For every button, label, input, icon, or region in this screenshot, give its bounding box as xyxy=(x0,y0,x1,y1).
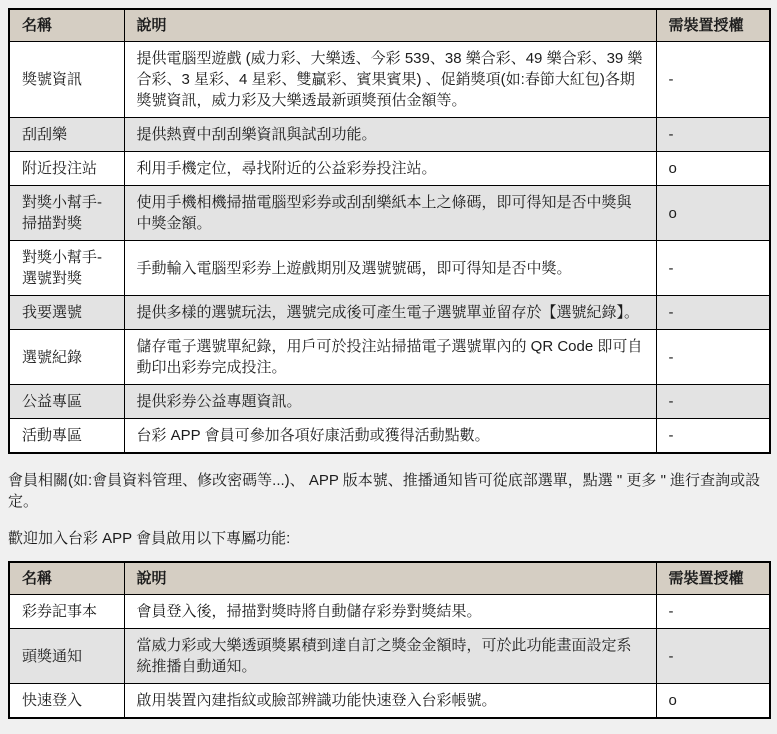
table-row: 頭獎通知 當威力彩或大樂透頭獎累積到達自訂之獎金金額時，可於此功能畫面設定系統推… xyxy=(9,629,770,684)
authorization-cell: - xyxy=(656,595,770,629)
authorization-cell: o xyxy=(656,684,770,719)
table-row: 快速登入 啟用裝置內建指紋或臉部辨識功能快速登入台彩帳號。 o xyxy=(9,684,770,719)
feature-name-cell: 對獎小幫手-選號對獎 xyxy=(9,241,124,296)
welcome-paragraph: 歡迎加入台彩 APP 會員啟用以下專屬功能: xyxy=(8,528,769,549)
column-header-description: 說明 xyxy=(124,9,656,42)
table-header-row: 名稱 說明 需裝置授權 xyxy=(9,9,770,42)
table-row: 活動專區 台彩 APP 會員可參加各項好康活動或獲得活動點數。 - xyxy=(9,419,770,454)
feature-description-cell: 提供電腦型遊戲 (威力彩、大樂透、今彩 539、38 樂合彩、49 樂合彩、39… xyxy=(124,42,656,118)
authorization-cell: o xyxy=(656,152,770,186)
member-info-paragraph: 會員相關(如:會員資料管理、修改密碼等...)、 APP 版本號、推播通知皆可從… xyxy=(8,470,769,512)
authorization-cell: - xyxy=(656,419,770,454)
authorization-cell: - xyxy=(656,42,770,118)
feature-description-cell: 提供熱賣中刮刮樂資訊與試刮功能。 xyxy=(124,118,656,152)
feature-description-cell: 利用手機定位，尋找附近的公益彩券投注站。 xyxy=(124,152,656,186)
feature-name-cell: 彩券記事本 xyxy=(9,595,124,629)
table-row: 刮刮樂 提供熱賣中刮刮樂資訊與試刮功能。 - xyxy=(9,118,770,152)
feature-name-cell: 公益專區 xyxy=(9,385,124,419)
feature-name-cell: 快速登入 xyxy=(9,684,124,719)
feature-description-cell: 使用手機相機掃描電腦型彩券或刮刮樂紙本上之條碼，即可得知是否中獎與中獎金額。 xyxy=(124,186,656,241)
column-header-name: 名稱 xyxy=(9,562,124,595)
feature-name-cell: 附近投注站 xyxy=(9,152,124,186)
authorization-cell: - xyxy=(656,330,770,385)
feature-description-cell: 當威力彩或大樂透頭獎累積到達自訂之獎金金額時，可於此功能畫面設定系統推播自動通知… xyxy=(124,629,656,684)
column-header-authorization: 需裝置授權 xyxy=(656,562,770,595)
table-row: 彩券記事本 會員登入後，掃描對獎時將自動儲存彩券對獎結果。 - xyxy=(9,595,770,629)
app-features-page: 名稱 說明 需裝置授權 獎號資訊 提供電腦型遊戲 (威力彩、大樂透、今彩 539… xyxy=(0,0,777,727)
feature-description-cell: 手動輸入電腦型彩券上遊戲期別及選號號碼，即可得知是否中獎。 xyxy=(124,241,656,296)
table-row: 對獎小幫手-掃描對獎 使用手機相機掃描電腦型彩券或刮刮樂紙本上之條碼，即可得知是… xyxy=(9,186,770,241)
table-header-row: 名稱 說明 需裝置授權 xyxy=(9,562,770,595)
authorization-cell: - xyxy=(656,296,770,330)
feature-description-cell: 提供多樣的選號玩法，選號完成後可產生電子選號單並留存於【選號紀錄】。 xyxy=(124,296,656,330)
member-features-table: 名稱 說明 需裝置授權 彩券記事本 會員登入後，掃描對獎時將自動儲存彩券對獎結果… xyxy=(8,561,771,719)
table-row: 選號紀錄 儲存電子選號單紀錄，用戶可於投注站掃描電子選號單內的 QR Code … xyxy=(9,330,770,385)
authorization-cell: - xyxy=(656,241,770,296)
feature-description-cell: 儲存電子選號單紀錄，用戶可於投注站掃描電子選號單內的 QR Code 即可自動印… xyxy=(124,330,656,385)
authorization-cell: - xyxy=(656,629,770,684)
authorization-cell: - xyxy=(656,385,770,419)
table-row: 我要選號 提供多樣的選號玩法，選號完成後可產生電子選號單並留存於【選號紀錄】。 … xyxy=(9,296,770,330)
feature-name-cell: 選號紀錄 xyxy=(9,330,124,385)
table-row: 公益專區 提供彩券公益專題資訊。 - xyxy=(9,385,770,419)
feature-description-cell: 提供彩券公益專題資訊。 xyxy=(124,385,656,419)
authorization-cell: o xyxy=(656,186,770,241)
feature-description-cell: 會員登入後，掃描對獎時將自動儲存彩券對獎結果。 xyxy=(124,595,656,629)
authorization-cell: - xyxy=(656,118,770,152)
column-header-name: 名稱 xyxy=(9,9,124,42)
feature-name-cell: 對獎小幫手-掃描對獎 xyxy=(9,186,124,241)
feature-description-cell: 台彩 APP 會員可參加各項好康活動或獲得活動點數。 xyxy=(124,419,656,454)
app-features-table: 名稱 說明 需裝置授權 獎號資訊 提供電腦型遊戲 (威力彩、大樂透、今彩 539… xyxy=(8,8,771,454)
table-row: 對獎小幫手-選號對獎 手動輸入電腦型彩券上遊戲期別及選號號碼，即可得知是否中獎。… xyxy=(9,241,770,296)
feature-name-cell: 刮刮樂 xyxy=(9,118,124,152)
feature-name-cell: 頭獎通知 xyxy=(9,629,124,684)
column-header-description: 說明 xyxy=(124,562,656,595)
table-row: 獎號資訊 提供電腦型遊戲 (威力彩、大樂透、今彩 539、38 樂合彩、49 樂… xyxy=(9,42,770,118)
table-row: 附近投注站 利用手機定位，尋找附近的公益彩券投注站。 o xyxy=(9,152,770,186)
feature-name-cell: 我要選號 xyxy=(9,296,124,330)
feature-description-cell: 啟用裝置內建指紋或臉部辨識功能快速登入台彩帳號。 xyxy=(124,684,656,719)
feature-name-cell: 獎號資訊 xyxy=(9,42,124,118)
feature-name-cell: 活動專區 xyxy=(9,419,124,454)
column-header-authorization: 需裝置授權 xyxy=(656,9,770,42)
